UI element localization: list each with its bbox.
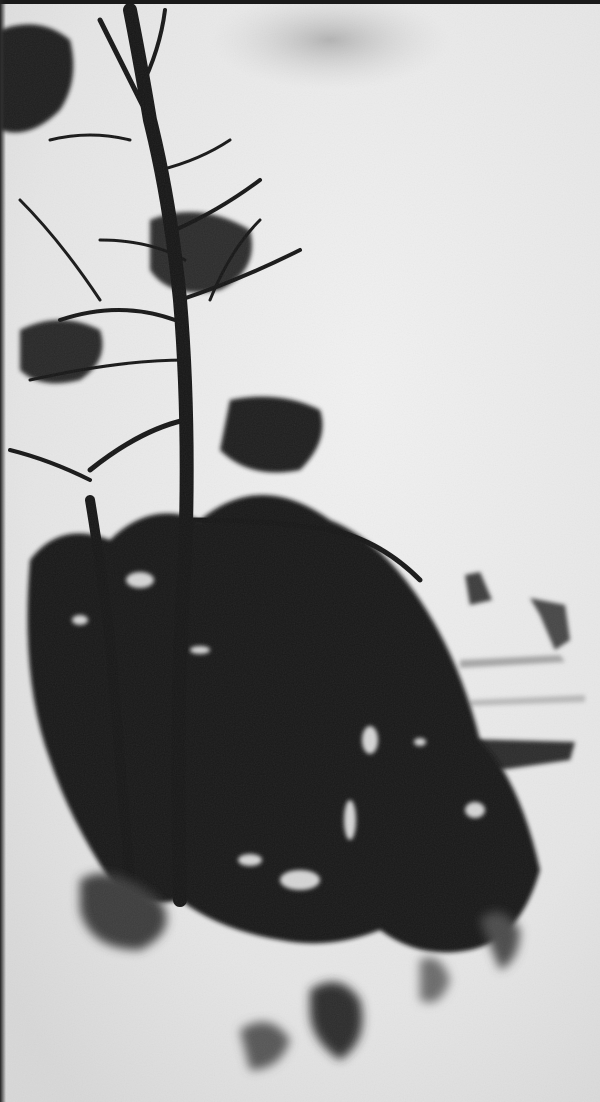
film-grain <box>0 0 600 1102</box>
tree-scene <box>0 0 600 1102</box>
tree-photograph: Grainy black-and-white archival photogra… <box>0 0 600 1102</box>
frame-edge-left <box>0 0 6 1102</box>
frame-edge-top <box>0 0 600 4</box>
